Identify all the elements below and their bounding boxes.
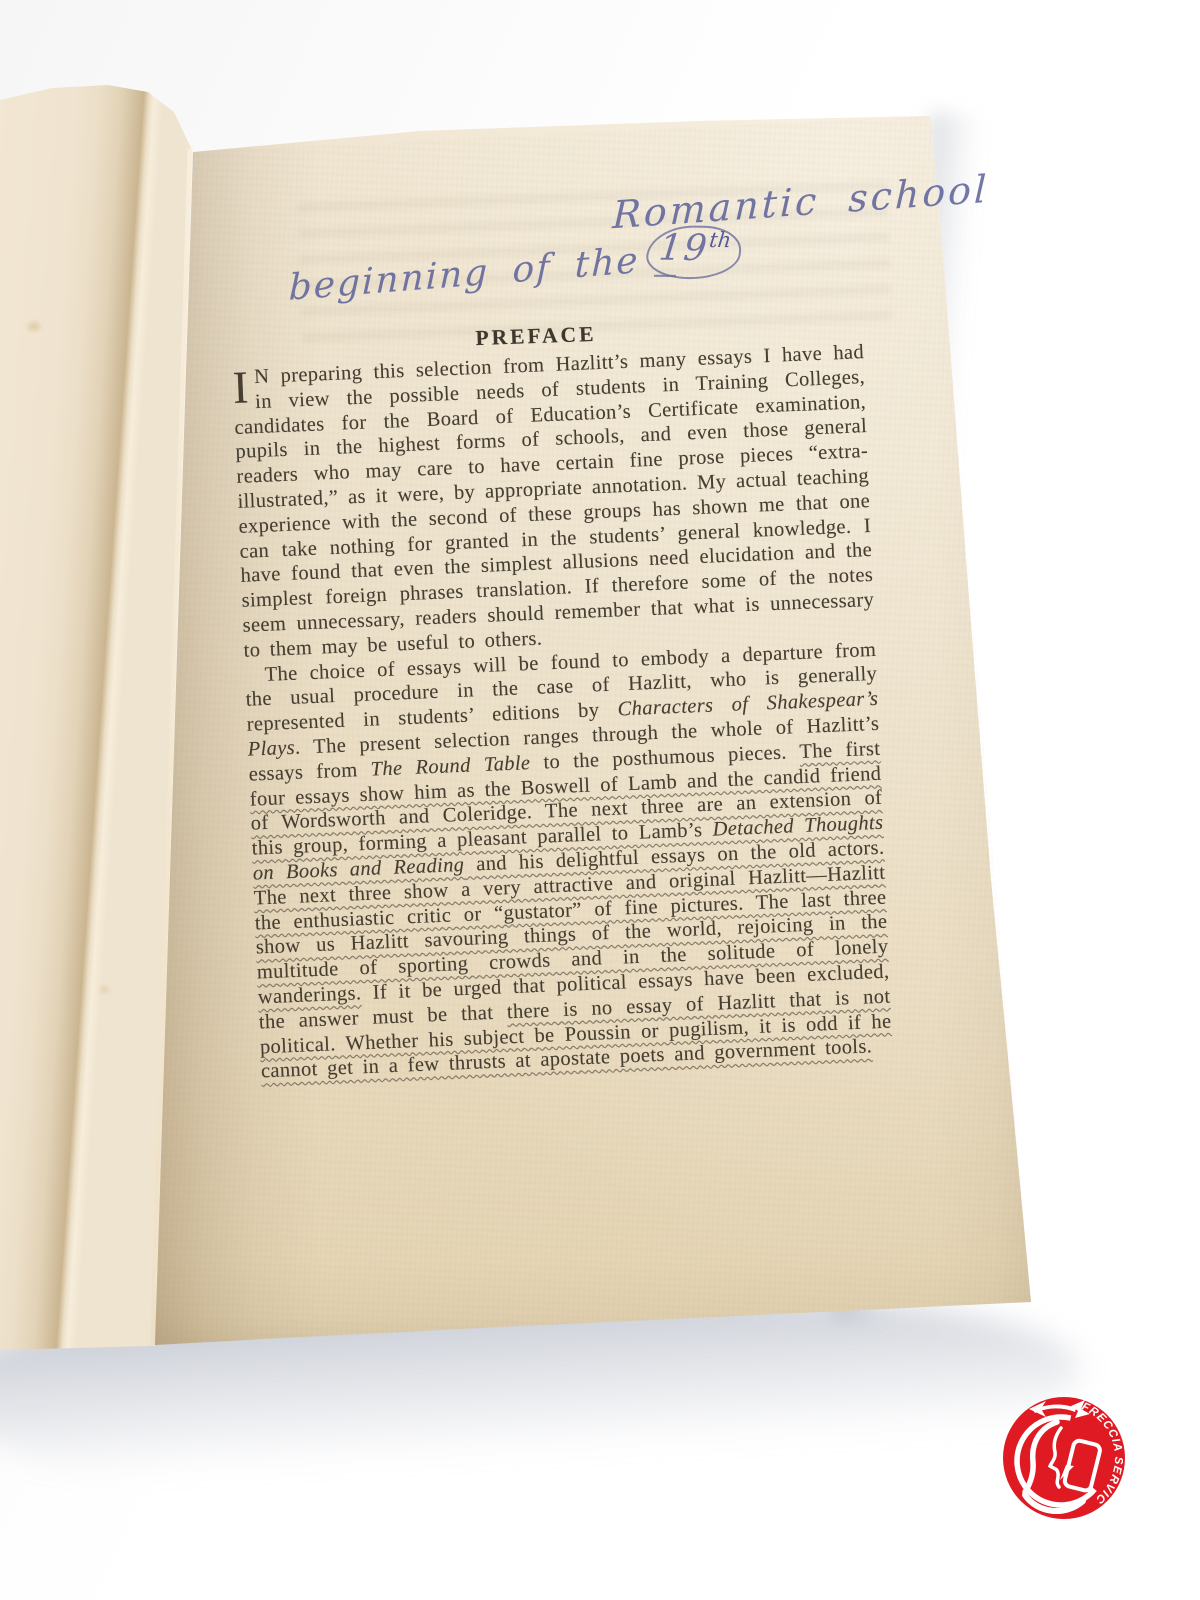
- text-segment: I: [232, 365, 255, 406]
- ordinal-suffix: th: [708, 228, 732, 252]
- text-segment: The Round Table: [370, 752, 531, 781]
- circled-number: 19: [657, 227, 711, 269]
- foxing-spot: [100, 986, 109, 993]
- book-photo-scene: Romantic school beginning of the19th PRE…: [0, 0, 1200, 1600]
- paragraph-1: IN preparing this selection from Hazlitt…: [232, 340, 876, 663]
- underscore-mark: [654, 275, 676, 277]
- text-segment: N preparing this selection from Hazlitt’…: [234, 341, 875, 661]
- paragraph-2: The choice of essays will be found to em…: [244, 637, 893, 1084]
- foxing-spot: [28, 322, 40, 331]
- freccia-service-watermark-logo: FRECCIA SERVICE: [1000, 1394, 1128, 1522]
- preface-body: IN preparing this selection from Hazlitt…: [232, 340, 893, 1084]
